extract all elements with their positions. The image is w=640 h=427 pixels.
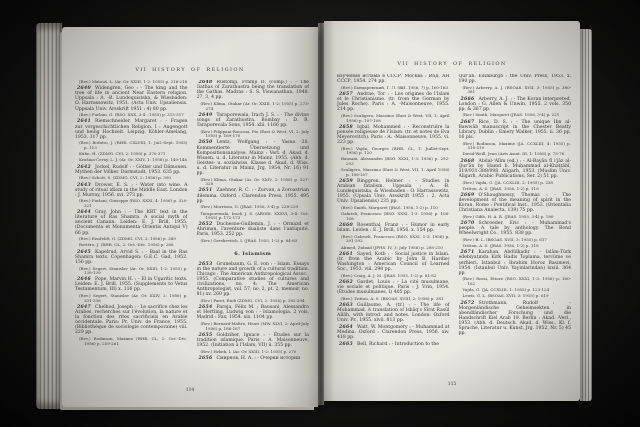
bib-entry: 2657Andrae, Tor : - Les origines de l'Is…	[337, 92, 450, 112]
entry-text: (Rev.) Gibb, H. A. R. (JRAS. 1955, 3-4) …	[463, 214, 554, 219]
entry-text: (Rev.) B. L. (BSOAS. XVII, 3: 1955) p. 6…	[463, 237, 547, 242]
review-citation: (Rev.) Arberry, A. J. (BSOAS. XVII, 3: 1…	[468, 86, 572, 95]
entry-text: (Rev.) Rodinson, Maxime (RHR. CL, 2: Oct…	[79, 336, 188, 346]
review-citation: (Rev.) Klíma, Otakar (Ar. Or. XXIII, 1-2…	[206, 102, 310, 111]
review-citation: (Rev.) Gershevitch, I. (JRAS. 1955, 1-2)…	[206, 239, 310, 244]
bib-entry: 2672Strothmann, Rudolf : - Morgenländisc…	[459, 301, 572, 337]
entry-text: (Rev.) Smith, Margaret (JRAS. 1956, 3-4)…	[463, 112, 560, 117]
entry-text: (Rev.) Filippani-Ronconi, Pio (East & We…	[201, 129, 310, 139]
review-citation: (Rev.) Morrison, G. (JRAS. 1956, 3-4) p.…	[206, 205, 310, 210]
review-citation: (Rev.) Filippani-Ronconi, Pio (East & We…	[206, 130, 310, 139]
bib-entry: 2641Riemschneider, Margaret : - Fragen z…	[75, 119, 188, 139]
entry-text: Pope, Marvin H. : - El in Ugaritic texts…	[75, 277, 188, 292]
entry-text: (Rev.) Rossi, Ettore (RSO. XXXI, 1-3: 19…	[463, 276, 572, 286]
entry-text: Bell, Richard : - Introduction to the	[357, 342, 439, 347]
entry-number: 2656	[199, 356, 213, 361]
entry-text: Goldziher, Ignace : - Études sur la trad…	[197, 333, 310, 348]
entry-text: (Rev.) Matouš, L. (Ar. Or. XXIII, 1-2: 1…	[79, 80, 187, 84]
entry-text: Abdal-'Alīm (ed.) : - Al-Bayān fī i'jāz …	[459, 159, 572, 179]
review-citation: Vajda, G. (JA. CCXLIII, 1: 1955) p. 123-…	[468, 288, 572, 293]
review-citation: Lewis, G. L. (BSOAS. XVII, 3: 1955) p. 6…	[468, 294, 572, 299]
bib-entry: 2653Grunebaum, G. E. von : - Islam. Essa…	[197, 262, 310, 298]
bib-entry: 2643Drower, E. S. : - Water into wine. A…	[75, 183, 188, 198]
bib-entry: 2663Guillaume, A. (tr.) : - The life of …	[337, 303, 450, 323]
entry-text: Schroeder, Eric : - Muhammad's people. A…	[459, 221, 572, 236]
entry-text: (Rev.) Bottéro, J. (RHR. CXLVIII, 1: Jui…	[79, 140, 188, 150]
bib-entry: 2652Duchesne-Guillemin, J. : - Ormazd et…	[197, 222, 310, 237]
entry-text: Ringgren, Helmer : - Studies in Arabian …	[337, 179, 450, 204]
bib-column: Qur'ān. Edinburgh : the Univ. Press, 195…	[459, 74, 572, 369]
review-citation: (Rev.) Bottéro, J. (RHR. CXLVIII, 1: Jui…	[84, 141, 188, 150]
entry-text: Taraporewala, Irach J. S. : - The divine…	[197, 113, 310, 128]
bib-entry: 2658Iqbal, Mohammed : - Reconstruire la …	[337, 125, 450, 145]
review-citation: (Rev.) Segert, Stanislav (Ar. Or. XXIII,…	[84, 267, 188, 276]
entry-text: Guillaume, A. (tr.) : - The life of Muha…	[337, 303, 450, 323]
entry-text: (Rev.) Gershevitch, I. (JRAS. 1955, 1-2)…	[201, 238, 298, 243]
bib-entry: 2644Gray, John : - The KRT text in the l…	[75, 210, 188, 235]
review-citation: Kühn, H. (ZDMG. CVI, 2: 1956) p. 370-371	[84, 152, 188, 157]
entry-text: (Rev.) Klíma, Otakar (Ar. Or. XXIV, 2: 1…	[201, 177, 310, 187]
review-citation: (Rev.) B. L. (BSOAS. XVII, 3: 1955) p. 6…	[468, 238, 572, 243]
entry-text: (Rev.) Smith, Margaret (JRAS. 1956, 1-2)…	[341, 205, 438, 210]
review-citation: (Rev.) Craig, A. J. M. (JRAS. 1955, 1-2)…	[346, 274, 450, 279]
review-citation: Ahmed, Zubaid (JPHS. IV, 3: July 1956) p…	[346, 246, 450, 251]
entry-text: Sayed, Kotb : - Social justice in Islam.…	[337, 252, 450, 272]
review-citation: Krušina-Černý, L. J. (Ar. Or. XXIV, 1: 1…	[84, 158, 188, 163]
review-citation: (Rev.) Paret, Rudi (ZDMG. CVI, 2: 1956) …	[206, 299, 310, 304]
bib-entry: 2667Rice, D. S. : - The unique Ibn al-Ba…	[459, 120, 572, 140]
bib-column: 2648Rustomji, Framji D. (comp.) : - The …	[197, 80, 310, 375]
entry-text: Gray, John : - The KRT text in the liter…	[75, 210, 188, 235]
bib-entry: 2650Lentz, Wolfgang : - Yasna 28. Kommen…	[197, 140, 310, 176]
entry-text: (Rev.) Bernard-Maître, Henri (MW. XLVI, …	[201, 321, 310, 331]
page-edges-right	[580, 29, 592, 401]
review-citation: Taraporewala, Irach J. S. (ABORI. XXXVI,…	[206, 212, 310, 221]
entry-text: Смирнов, Н. А. : - Очерки истории	[217, 356, 301, 361]
entry-text: Qur'ān. Edinburgh : the Univ. Press, 195…	[459, 74, 572, 84]
bib-entry: 2671Karahan, Abdülkadir : - Islâm-Türk e…	[459, 250, 572, 275]
bib-entry: 2640Widengren, Geo : - The king and the …	[75, 86, 188, 111]
review-citation: (Rev.) Hrbek, I. (Ar. Or. XXIII, 1-2: 19…	[206, 350, 310, 355]
entry-text: Riemschneider, Margaret : - Fragen zur v…	[75, 119, 188, 139]
review-citation: (Rev.) Furlani, Giuseppe (RSO. XXXI, 4: …	[84, 199, 188, 208]
review-citation: (Rev.) Matouš, L. (Ar. Or. XXIII, 1-2: 1…	[84, 80, 188, 85]
entry-text: Bausani, Alessandro (RSO. XXXI, 1-3: 195…	[341, 156, 450, 166]
entry-text: Vajda, G. (JA. CCXLIII, 1: 1955) p. 123-…	[463, 287, 550, 292]
continuation-text: изучения ислама в СССР. Москва : Изд. АН…	[337, 74, 450, 84]
review-citation: (Rev.) Bernard-Maître, Henri (MW. XLVI, …	[206, 322, 310, 331]
review-citation: Bausani, Alessandro (RSO. XXXI, 1-3: 195…	[346, 157, 450, 166]
entry-text: (Rev.) Gabrieli, Francesco (RSO. XXXI, 1…	[341, 234, 450, 244]
bib-column: (Rev.) Matouš, L. (Ar. Or. XXIII, 1-2: 1…	[75, 80, 188, 375]
review-citation: (Rev.) Scaligero, Massimo (East & West, …	[346, 114, 450, 123]
entry-text: 6. Islamism	[234, 251, 271, 257]
bib-entry: 2659Ringgren, Helmer : - Studies in Arab…	[337, 179, 450, 204]
continuation-text: Qur'ān. Edinburgh : the Univ. Press, 195…	[459, 74, 572, 84]
review-citation: (Rev.) Eissfeldt, O. (ZDMG. CVI, 2: 1956…	[84, 237, 188, 242]
bib-entry: 2642Jockel, Rudolf : - Götter und Dämone…	[75, 165, 188, 175]
entry-text: Jockel, Rudolf : - Götter und Dämonen. M…	[75, 165, 188, 175]
entry-text: David-Weill, Jean (Arts Asiat. III, 1: 1…	[463, 151, 565, 156]
open-book: VII HISTORY OF RELIGION (Rev.) Matouš, L…	[36, 13, 592, 413]
review-citation: (Rev.) Vajda, Georges (RHR. CL, 1: Juill…	[346, 147, 450, 156]
entry-text: Bottéro, J. (RHR. CL, 2: Oct.-Déc. 1956)…	[79, 242, 174, 247]
entry-text: Duchesne-Guillemin, J. : - Ormazd et Ahr…	[197, 222, 310, 237]
entry-text: Drower, E. S. : - Water into wine. A stu…	[75, 183, 188, 198]
entry-text: Krušina-Černý, L. J. (Ar. Or. XXIV, 1: 1…	[79, 157, 187, 162]
entry-text: Lentz, Wolfgang : - Yasna 28. Kommentier…	[197, 140, 310, 176]
entry-text: O'Shaughnessy, Thomas : - The developmen…	[459, 193, 572, 213]
section-heading: 6. Islamism	[197, 251, 310, 257]
entry-text: (Rev.) Paret, Rudi (ZDMG. CVI, 2: 1956) …	[201, 298, 305, 303]
bib-entry: 2664Watt, W. Montgomery : - Muhammad at …	[337, 325, 450, 340]
bib-entry: 2660Rosenthal, Franz : - Humor in early …	[337, 223, 450, 233]
entry-text: (Rev.) Furlani, Giuseppe (RSO. XXXI, 4: …	[79, 198, 188, 208]
entry-text: (Rev.) Vajda, G. (JA. CCXLIII, 2: 1955) …	[463, 180, 553, 185]
review-citation: (Rev.) Smith, Margaret (JRAS. 1956, 1-2)…	[346, 206, 450, 211]
entry-text: (Rev.) Klíma, Otakar (Ar. Or. XXIII, 1-2…	[201, 101, 310, 111]
entry-text: Rustomji, Framji D. (comp.) : - The Gath…	[197, 80, 310, 100]
bib-entry: 2666Arberry, A. J. : - The Koran interpr…	[459, 97, 572, 112]
page-number: 114	[62, 388, 318, 393]
entry-text: Kapelrud, Arvid S. : - Baal in the Ras S…	[75, 250, 188, 265]
entry-text: Widengren, Geo : - The king and the tree…	[75, 86, 188, 111]
entry-text: Chelhod, Joseph : - Le sacrifice chez le…	[75, 305, 188, 335]
bib-entry: 2662Gardet, Louis : - La cité musulmane,…	[337, 280, 450, 295]
entry-text: (Rev.) Tritton, A. S. (BSOAS. XVIII, 2: …	[341, 296, 443, 301]
entry-text: Rice, D. S. : - The unique Ibn al-Bawwāb…	[459, 120, 572, 140]
bib-entry: 2649Taraporewala, Irach J. S. : - The di…	[197, 113, 310, 128]
entry-text: (Rev.) Rodinson, Maxime (JA. CCXLIII, 4:…	[463, 141, 572, 151]
bib-entry: 2665Bell, Richard : - Introduction to th…	[337, 342, 450, 347]
bib-entry: 2647Chelhod, Joseph : - Le sacrifice che…	[75, 305, 188, 336]
entry-text: (Rev.) Scaligero, Massimo (East & West, …	[341, 113, 450, 123]
entry-text: Strothmann, Rudolf : - Morgenländische G…	[459, 301, 572, 337]
entry-text: (Rev.) Hrbek, I. (Ar. Or. XXIII, 1-2: 19…	[201, 349, 297, 354]
bib-column: изучения ислама в СССР. Москва : Изд. АН…	[337, 74, 450, 369]
book-photo-scene: VII HISTORY OF RELIGION (Rev.) Matouš, L…	[0, 0, 640, 427]
review-citation: (Rev.) Бондаревский, Г. Л. (ВИ. 1956, 7)…	[346, 86, 450, 91]
bib-entry: 2670Schroeder, Eric : - Muhammad's peopl…	[459, 221, 572, 236]
entry-text: (Rev.) Segert, Stanislav (Ar. Or. XXIII,…	[79, 266, 188, 276]
bib-entry: 2646Pope, Marvin H. : - El in Ugaritic t…	[75, 277, 188, 292]
page-edges-left	[36, 23, 62, 409]
bib-entry: 2648Rustomji, Framji D. (comp.) : - The …	[197, 80, 310, 100]
review-citation: (Rev.) Rodinson, Maxime (JA. CCXLIII, 4:…	[468, 142, 572, 151]
review-citation: (Rev.) Klíma, Otakar (Ar. Or. XXIV, 2: 1…	[206, 178, 310, 187]
bib-entry: 2651Zaehner, R. C. : - Zurvan, a Zoroast…	[197, 188, 310, 203]
right-page: VII HISTORY OF RELIGION изучения ислама …	[324, 21, 580, 401]
entry-text: (Rev.) Segert, Stanislav (Ar. Or. XXIV, …	[79, 293, 188, 303]
entry-text: (Rev.) Eissfeldt, O. (ZDMG. CVI, 2: 1956…	[79, 236, 176, 241]
entry-text: Ahmed, Zubaid (JPHS. IV, 3: July 1956) p…	[341, 245, 443, 250]
bib-entry: 2654Pareja, Félix M. ; Bausani, Alessand…	[197, 305, 310, 320]
bib-entry: 2669O'Shaughnessy, Thomas : - The develo…	[459, 193, 572, 213]
review-citation: (Rev.) Furlani, G. (RSO. XXX, 3-4 : 1955…	[84, 113, 188, 118]
review-citation: (Rev.) Segert, Stanislav (Ar. Or. XXIV, …	[84, 294, 188, 303]
bib-entry: 2661Sayed, Kotb : - Social justice in Is…	[337, 252, 450, 272]
entry-text: (Rev.) Vajda, Georges (RHR. CL, 1: Juill…	[341, 146, 450, 156]
entry-text: Pareja, Félix M. ; Bausani, Alessandro e…	[197, 305, 310, 320]
bib-entry: 2645Kapelrud, Arvid S. : - Baal in the R…	[75, 250, 188, 265]
review-citation: (Rev.) Smith, Margaret (JRAS. 1956, 3-4)…	[468, 113, 572, 118]
review-citation: (Rev.) Rodinson, Maxime (RHR. CL, 2: Oct…	[84, 337, 188, 346]
review-citation: (Rev.) Gibb, H. A. R. (JRAS. 1955, 3-4) …	[468, 215, 572, 220]
entry-text: (Rev.) Craig, A. J. M. (JRAS. 1955, 1-2)…	[341, 273, 436, 278]
entry-text: Grunebaum, G. E. von : - Islam. Essays i…	[197, 262, 310, 298]
entry-text: Gardet, Louis : - La cité musulmane, vie…	[337, 280, 450, 295]
entry-text: Rosenthal, Franz : - Humor in early Isla…	[337, 223, 450, 233]
review-citation: (Rev.) Vajda, G. (JA. CCXLIII, 2: 1955) …	[468, 181, 572, 186]
entry-text: (Rev.) Arberry, A. J. (BSOAS. XVII, 3: 1…	[463, 85, 572, 95]
text-columns: изучения ислама в СССР. Москва : Изд. АН…	[324, 67, 580, 369]
entry-text: Iqbal, Mohammed : - Reconstruire la pens…	[337, 125, 450, 145]
review-citation: David-Weill, Jean (Arts Asiat. III, 1: 1…	[468, 152, 572, 157]
bib-entry: 2656Смирнов, Н. А. : - Очерки истории	[197, 356, 310, 361]
page-number: 115	[324, 382, 580, 387]
entry-text: (Rev.) Morrison, G. (JRAS. 1956, 3-4) p.…	[201, 204, 299, 209]
entry-text: (Rev.) Бондаревский, Г. Л. (ВИ. 1956, 7)…	[341, 85, 448, 90]
entry-text: Scaligero, Massimo (East & West, VII, 1:…	[341, 167, 450, 177]
entry-text: (Rev.) Schott, S. (ZDMG. CVI, 2: 1956) p…	[79, 175, 171, 180]
review-citation: Tritton, A. S. (JRAS. 1956, 1-2) p. 118	[468, 244, 572, 249]
review-citation: Tritton, A. S. (JRAS. 1956, 1-2) p. 119	[468, 187, 572, 192]
review-citation: (Rev.) Rossi, Ettore (RSO. XXXI, 1-3: 19…	[468, 277, 572, 286]
review-citation: (Rev.) Schott, S. (ZDMG. CVI, 2: 1956) p…	[84, 176, 188, 181]
entry-text: Taraporewala, Irach J. S. (ABORI. XXXVI,…	[201, 211, 310, 221]
text-columns: (Rev.) Matouš, L. (Ar. Or. XXIII, 1-2: 1…	[62, 73, 318, 375]
bib-entry: 2668Abdal-'Alīm (ed.) : - Al-Bayān fī i'…	[459, 159, 572, 179]
entry-text: Tritton, A. S. (JRAS. 1956, 1-2) p. 118	[463, 243, 539, 248]
entry-number: 2665	[339, 342, 353, 347]
entry-text: Tritton, A. S. (JRAS. 1956, 1-2) p. 119	[463, 186, 539, 191]
entry-text: Karahan, Abdülkadir : - Islâm-Türk edebi…	[459, 250, 572, 275]
review-citation: Gabrieli, Francesco (RSO. XXXI, 1-3: 195…	[346, 212, 450, 221]
entry-text: Andrae, Tor : - Les origines de l'Islam …	[337, 92, 450, 112]
review-citation: Scaligero, Massimo (East & West, VII, 1:…	[346, 168, 450, 177]
review-citation: (Rev.) Tritton, A. S. (BSOAS. XVIII, 2: …	[346, 297, 450, 302]
entry-text: (Rev.) Furlani, G. (RSO. XXX, 3-4 : 1955…	[79, 112, 184, 117]
left-page: VII HISTORY OF RELIGION (Rev.) Matouš, L…	[62, 27, 318, 407]
review-citation: (Rev.) Gabrieli, Francesco (RSO. XXXI, 1…	[346, 235, 450, 244]
entry-text: изучения ислама в СССР. Москва : Изд. АН…	[337, 74, 450, 84]
entry-text: Arberry, A. J. : - The Koran interpreted…	[459, 97, 572, 112]
entry-text: Kühn, H. (ZDMG. CVI, 2: 1956) p. 370-371	[79, 151, 165, 156]
bib-entry: 2655Goldziher, Ignace : - Études sur la …	[197, 333, 310, 348]
review-citation: Bottéro, J. (RHR. CL, 2: Oct.-Déc. 1956)…	[84, 243, 188, 248]
entry-text: Watt, W. Montgomery : - Muhammad at Medi…	[337, 325, 450, 340]
entry-text: Gabrieli, Francesco (RSO. XXXI, 1-3: 195…	[341, 211, 450, 221]
entry-text: Lewis, G. L. (BSOAS. XVII, 3: 1955) p. 6…	[463, 293, 549, 298]
entry-text: Zaehner, R. C. : - Zurvan, a Zoroastrian…	[197, 188, 310, 203]
